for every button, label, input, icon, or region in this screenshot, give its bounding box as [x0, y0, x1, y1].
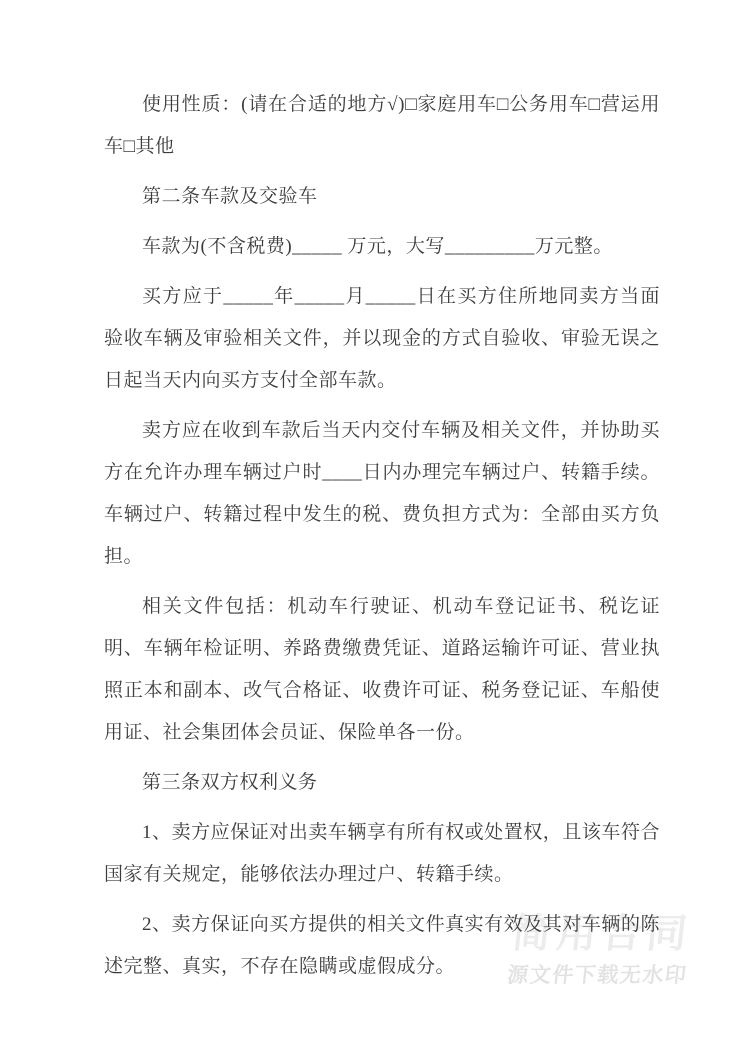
- paragraph-rights-clause-2: 2、卖方保证向买方提供的相关文件真实有效及其对车辆的陈述完整、真实，不存在隐瞒或…: [104, 904, 660, 988]
- heading-article-3: 第三条双方权利义务: [104, 762, 660, 804]
- paragraph-buyer-inspection: 买方应于_____年_____月_____日在买方住所地同卖方当面验收车辆及审验…: [104, 276, 660, 402]
- paragraph-price: 车款为(不含税费)_____ 万元，大写_________万元整。: [104, 226, 660, 268]
- paragraph-related-documents: 相关文件包括：机动车行驶证、机动车登记证书、税讫证明、车辆年检证明、养路费缴费凭…: [104, 586, 660, 754]
- contract-body: 使用性质：(请在合适的地方√)□家庭用车□公务用车□营运用车□其他 第二条车款及…: [104, 84, 660, 996]
- paragraph-rights-clause-1: 1、卖方应保证对出卖车辆享有所有权或处置权，且该车符合国家有关规定，能够依法办理…: [104, 812, 660, 896]
- contract-page: 使用性质：(请在合适的地方√)□家庭用车□公务用车□营运用车□其他 第二条车款及…: [0, 0, 742, 1049]
- paragraph-usage-nature: 使用性质：(请在合适的地方√)□家庭用车□公务用车□营运用车□其他: [104, 84, 660, 168]
- heading-article-2: 第二条车款及交验车: [104, 176, 660, 218]
- paragraph-seller-delivery: 卖方应在收到车款后当天内交付车辆及相关文件，并协助买方在允许办理车辆过户时___…: [104, 410, 660, 578]
